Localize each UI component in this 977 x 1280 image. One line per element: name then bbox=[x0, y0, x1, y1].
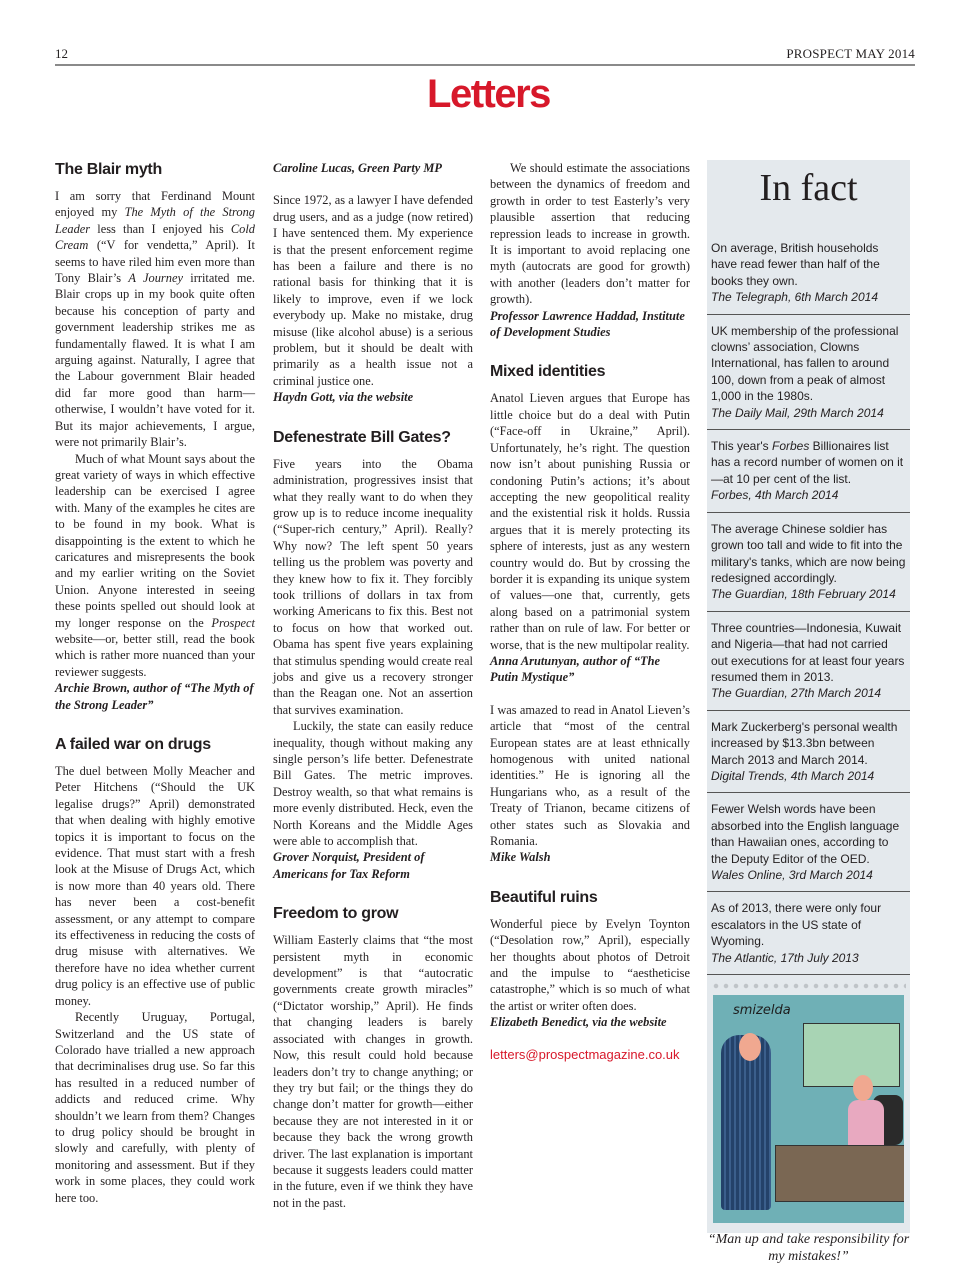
letter-body: Much of what Mount says about the great … bbox=[55, 451, 255, 681]
letter-body: I was amazed to read in Anatol Lieven’s … bbox=[490, 702, 690, 850]
fact-item: The average Chinese soldier has grown to… bbox=[707, 521, 910, 612]
in-fact-title: In fact bbox=[707, 166, 910, 210]
seated-man-illustration bbox=[848, 1100, 884, 1146]
letter-heading: Mixed identities bbox=[490, 362, 690, 382]
fact-source: Wales Online, 3rd March 2014 bbox=[711, 867, 906, 883]
letter-signature: Mike Walsh bbox=[490, 849, 690, 865]
page-number: 12 bbox=[55, 46, 68, 62]
letter-body: Anatol Lieven argues that Europe has lit… bbox=[490, 390, 690, 653]
letter-body: Since 1972, as a lawyer I have defended … bbox=[273, 192, 473, 389]
letter-body: Five years into the Obama administration… bbox=[273, 456, 473, 719]
fact-source: The Telegraph, 6th March 2014 bbox=[711, 289, 906, 305]
letter-heading: The Blair myth bbox=[55, 160, 255, 180]
cartoon-caption: “Man up and take responsibility for my m… bbox=[707, 1231, 910, 1265]
letter-body: We should estimate the associations betw… bbox=[490, 160, 690, 308]
fact-item: UK membership of the professional clowns… bbox=[707, 323, 910, 430]
letter-failed-war-on-drugs: A failed war on drugs The duel between M… bbox=[55, 735, 255, 1206]
fact-source: Forbes, 4th March 2014 bbox=[711, 487, 906, 503]
fact-source: The Atlantic, 17th July 2013 bbox=[711, 950, 906, 966]
window-illustration bbox=[803, 1023, 900, 1087]
in-fact-sidebar: In fact On average, British households h… bbox=[707, 160, 910, 1233]
letter-signature: Elizabeth Benedict, via the website bbox=[490, 1014, 690, 1030]
letter-heading: Beautiful ruins bbox=[490, 888, 690, 908]
standing-man-illustration bbox=[721, 1035, 771, 1210]
fact-item: Three countries—Indonesia, Kuwait and Ni… bbox=[707, 620, 910, 711]
letter-signature: Grover Norquist, President of Americans … bbox=[273, 849, 473, 882]
letter-freedom-to-grow: Freedom to grow William Easterly claims … bbox=[273, 904, 473, 1211]
letter-signature: Professor Lawrence Haddad, Institute of … bbox=[490, 308, 690, 341]
letter-beautiful-ruins: Beautiful ruins Wonderful piece by Evely… bbox=[490, 888, 690, 1031]
column-2: Caroline Lucas, Green Party MP Since 197… bbox=[273, 160, 473, 1211]
letter-signature: Caroline Lucas, Green Party MP bbox=[273, 160, 473, 176]
letters-email-link[interactable]: letters@prospectmagazine.co.uk bbox=[490, 1047, 690, 1063]
letter-heading: Freedom to grow bbox=[273, 904, 473, 924]
standing-man-head bbox=[739, 1033, 761, 1061]
letter-mixed-identities: Mixed identities Anatol Lieven argues th… bbox=[490, 362, 690, 865]
letter-heading: A failed war on drugs bbox=[55, 735, 255, 755]
letter-body: Luckily, the state can easily reduce ine… bbox=[273, 718, 473, 849]
dotted-divider bbox=[711, 983, 906, 989]
letter-body: I am sorry that Ferdinand Mount enjoyed … bbox=[55, 188, 255, 451]
fact-item: As of 2013, there were only four escalat… bbox=[707, 900, 910, 975]
letter-signature: Anna Arutunyan, author of “The Putin Mys… bbox=[490, 653, 690, 686]
letter-body: Recently Uruguay, Portugal, Switzerland … bbox=[55, 1009, 255, 1206]
fact-source: The Daily Mail, 29th March 2014 bbox=[711, 405, 906, 421]
page-folio: 12 PROSPECT MAY 2014 bbox=[55, 44, 915, 66]
publication-issue: PROSPECT MAY 2014 bbox=[786, 46, 915, 62]
cartoon-illustration: smizelda bbox=[713, 995, 904, 1223]
fact-item: Mark Zuckerberg's personal wealth increa… bbox=[707, 719, 910, 794]
letter-signature: Archie Brown, author of “The Myth of the… bbox=[55, 680, 255, 713]
letter-body: The duel between Molly Meacher and Peter… bbox=[55, 763, 255, 1009]
fact-item: On average, British households have read… bbox=[707, 240, 910, 315]
fact-source: The Guardian, 18th February 2014 bbox=[711, 586, 906, 602]
column-3: We should estimate the associations betw… bbox=[490, 160, 690, 1063]
fact-item: This year's Forbes Billionaires list has… bbox=[707, 438, 910, 513]
letter-body: Wonderful piece by Evelyn Toynton (“Deso… bbox=[490, 916, 690, 1014]
letter-blair-myth: The Blair myth I am sorry that Ferdinand… bbox=[55, 160, 255, 713]
section-title: Letters bbox=[0, 72, 977, 117]
letter-defenestrate-bill-gates: Defenestrate Bill Gates? Five years into… bbox=[273, 428, 473, 883]
cartoonist-signature: smizelda bbox=[733, 1003, 791, 1018]
fact-item: Fewer Welsh words have been absorbed int… bbox=[707, 801, 910, 892]
column-1: The Blair myth I am sorry that Ferdinand… bbox=[55, 160, 255, 1206]
letter-heading: Defenestrate Bill Gates? bbox=[273, 428, 473, 448]
fact-source: The Guardian, 27th March 2014 bbox=[711, 685, 906, 701]
fact-source: Digital Trends, 4th March 2014 bbox=[711, 768, 906, 784]
seated-man-head bbox=[853, 1075, 873, 1101]
letter-signature: Haydn Gott, via the website bbox=[273, 389, 473, 405]
desk-illustration bbox=[775, 1145, 904, 1202]
letter-body: William Easterly claims that “the most p… bbox=[273, 932, 473, 1211]
